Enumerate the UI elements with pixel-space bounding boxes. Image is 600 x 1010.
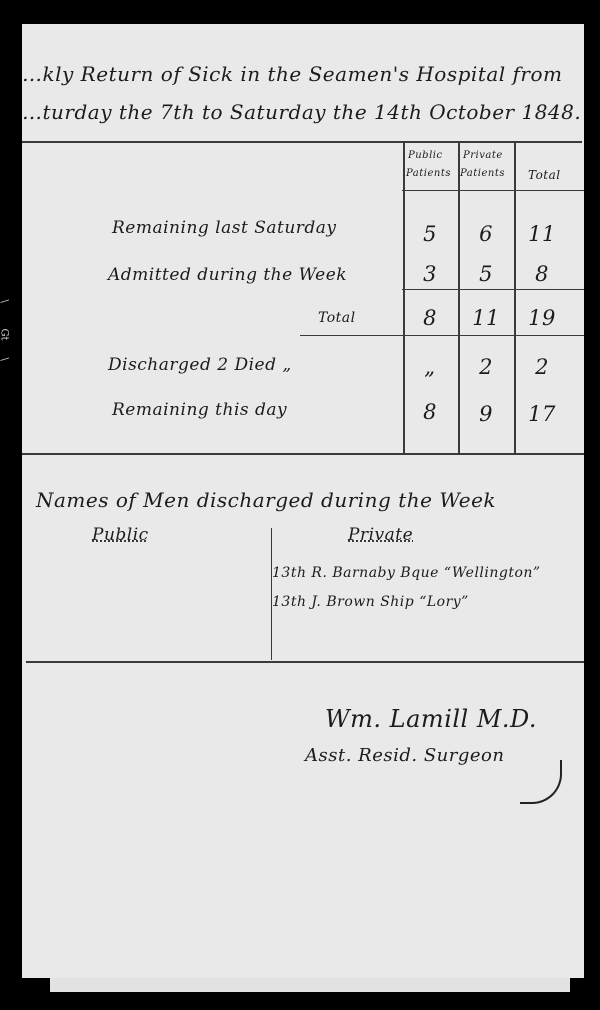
title-line-2: …turday the 7th to Saturday the 14th Oct… — [22, 100, 581, 124]
cell-public: 8 — [410, 306, 450, 330]
adjacent-page-margin: \ Gt \ — [0, 280, 8, 510]
title-line-1: …kly Return of Sick in the Seamen's Hosp… — [22, 62, 563, 86]
names-bottom-rule — [26, 661, 584, 663]
signature-name: Wm. Lamill M.D. — [325, 705, 537, 733]
cell-public: 8 — [410, 400, 450, 424]
cell-private: 6 — [466, 222, 506, 246]
row-label-total: Total — [318, 310, 356, 326]
discharged-heading: Names of Men discharged during the Week — [36, 488, 496, 512]
cell-private: 5 — [466, 262, 506, 286]
cell-total: 2 — [522, 355, 562, 379]
col-header-private-sub: Patients — [460, 168, 505, 179]
col-divider — [458, 141, 460, 453]
row-label: Discharged 2 Died „ — [108, 355, 292, 375]
page-edge — [50, 978, 570, 992]
signature-title: Asst. Resid. Surgeon — [305, 745, 504, 766]
discharged-entry: 13th R. Barnaby Bque “Wellington” — [272, 565, 541, 581]
cell-private: 2 — [466, 355, 506, 379]
cell-public: 3 — [410, 262, 450, 286]
table-top-rule — [22, 141, 582, 143]
cell-total: 19 — [522, 306, 562, 330]
row-label: Remaining this day — [112, 400, 287, 420]
row-label: Remaining last Saturday — [112, 218, 337, 238]
cell-total: 11 — [522, 222, 562, 246]
margin-mark: \ — [0, 300, 10, 308]
header-rule — [402, 190, 584, 191]
col-divider — [403, 141, 405, 453]
col-header-public: Public — [408, 150, 443, 161]
cell-public: „ — [410, 355, 450, 379]
row-label: Admitted during the Week — [108, 265, 347, 285]
private-label: Private — [348, 525, 413, 545]
cell-total: 17 — [522, 402, 562, 426]
table-bottom-rule — [22, 453, 584, 455]
discharged-entry: 13th J. Brown Ship “Lory” — [272, 594, 469, 610]
col-divider — [514, 141, 516, 453]
cell-private: 9 — [466, 402, 506, 426]
col-header-public-sub: Patients — [406, 168, 451, 179]
public-label: Public — [92, 525, 149, 545]
col-header-private: Private — [463, 150, 503, 161]
margin-mark: \ — [0, 358, 10, 366]
cell-public: 5 — [410, 222, 450, 246]
col-header-total: Total — [528, 168, 561, 182]
cell-total: 8 — [522, 262, 562, 286]
total-rule — [300, 335, 584, 336]
subtotal-rule — [402, 289, 584, 290]
cell-private: 11 — [466, 306, 506, 330]
margin-mark: Gt — [0, 329, 10, 337]
